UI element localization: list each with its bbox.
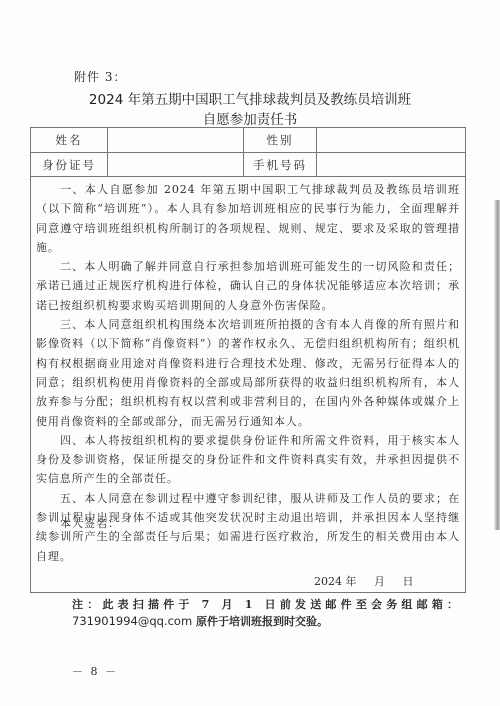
clause-3: 三、本人同意组织机构围绕本次培训班所拍摄的含有本人肖像的所有照片和影像资料（以下… <box>36 315 460 431</box>
id-number-label: 身份证号 <box>31 153 108 176</box>
form-row-id-phone: 身份证号 手机号码 <box>31 153 465 177</box>
id-number-field[interactable] <box>108 153 244 176</box>
signature-date: 2024 年 月 日 <box>314 573 413 589</box>
gender-field[interactable] <box>317 128 465 152</box>
scan-edge-shadow <box>494 200 500 530</box>
clause-4: 四、本人将按组织机构的要求提供身份证件和所需文件资料，用于核实本人身份及参训资格… <box>36 431 460 489</box>
clause-2: 二、本人明确了解并同意自行承担参加培训班可能发生的一切风险和责任；承诺已通过正规… <box>36 257 460 315</box>
clause-1: 一、本人自愿参加 2024 年第五期中国职工气排球裁判员及教练员培训班（以下简称… <box>36 180 460 257</box>
signature-label: 本人签名： <box>60 515 120 531</box>
page-number: － 8 － <box>72 663 118 679</box>
submission-note: 注：此表扫描件于 7 月 1 日前发送邮件至会务组邮箱： <box>72 596 462 612</box>
submission-note-rest: 原件于培训班报到时交验。 <box>192 615 328 628</box>
clauses: 一、本人自愿参加 2024 年第五期中国职工气排球裁判员及教练员培训班（以下简称… <box>36 180 460 566</box>
form-row-name-gender: 姓名 性别 <box>31 128 465 153</box>
phone-label: 手机号码 <box>244 153 317 176</box>
contact-email: 731901994@qq.com <box>72 614 192 628</box>
gender-label: 性别 <box>244 128 317 152</box>
document-subtitle: 自愿参加责任书 <box>0 108 500 128</box>
attachment-label: 附件 3： <box>74 68 126 85</box>
responsibility-form: 姓名 性别 身份证号 手机号码 一、本人自愿参加 2024 年第五期中国职工气排… <box>30 127 466 593</box>
submission-note-line2: 731901994@qq.com 原件于培训班报到时交验。 <box>72 613 328 629</box>
document-title: 2024 年第五期中国职工气排球裁判员及教练员培训班 <box>0 88 500 108</box>
name-label: 姓名 <box>31 128 108 152</box>
name-field[interactable] <box>108 128 244 152</box>
phone-field[interactable] <box>317 153 465 176</box>
